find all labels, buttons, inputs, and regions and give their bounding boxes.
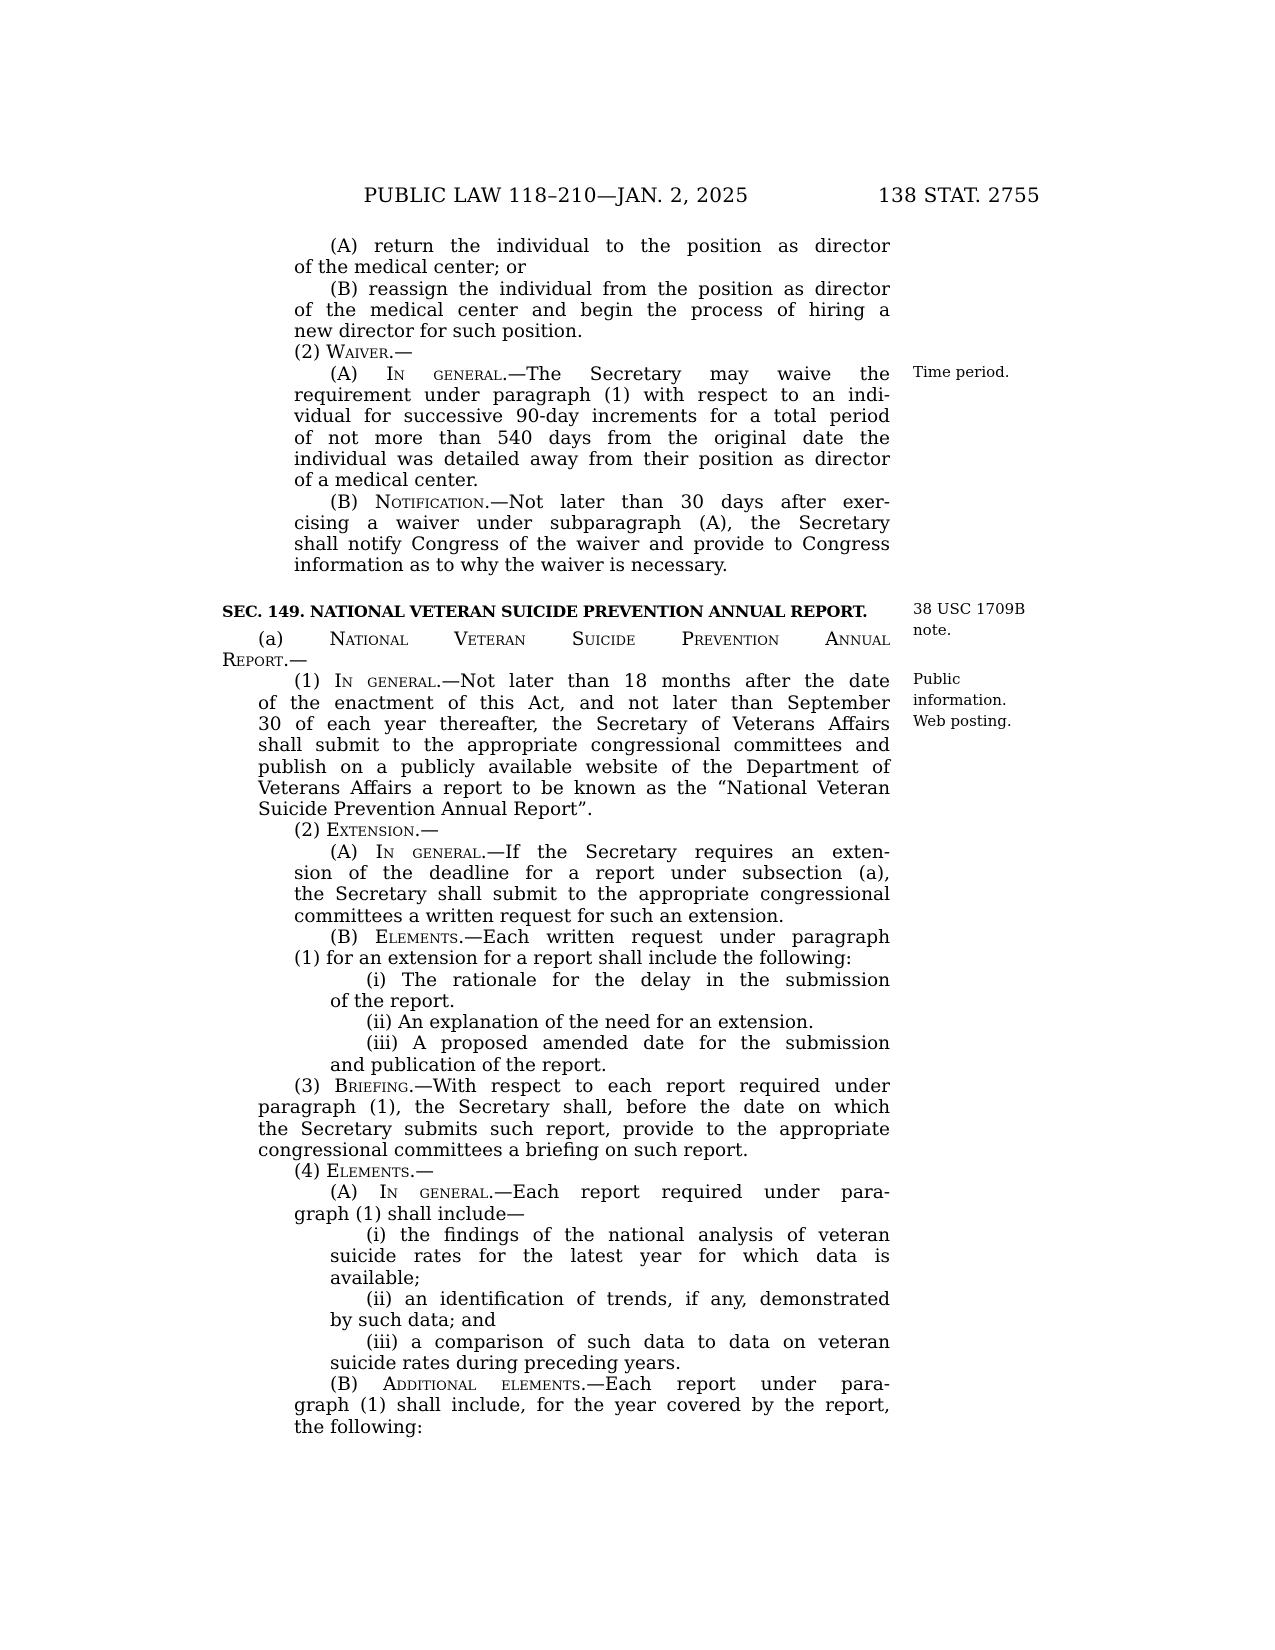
paragraph: (B) Elements.—Each written request under… [222, 927, 890, 970]
text-run: by such data; and [330, 1310, 496, 1331]
paragraph: (A) In general.—If the Secretary require… [222, 842, 890, 927]
text-run: .—Each report required under para- [488, 1182, 890, 1203]
text-line: requirement under paragraph (1) with res… [294, 385, 890, 406]
text-run: available; [330, 1268, 420, 1289]
text-run: (a) [258, 629, 329, 650]
text-run: SEC. 149. NATIONAL VETERAN SUICIDE PREVE… [222, 602, 867, 621]
text-line: Report.— [222, 650, 890, 671]
text-line: information as to why the waiver is nece… [294, 555, 890, 576]
small-caps-run: Notification [375, 492, 484, 513]
text-run: .—Each report under para- [580, 1374, 890, 1395]
text-run: (ii) an identification of trends, if any… [366, 1289, 890, 1310]
text-run: .—Not later than 30 days after exer- [484, 492, 890, 513]
text-line: (A) return the individual to the positio… [294, 236, 890, 257]
text-line: (1) In general.—Not later than 18 months… [258, 671, 890, 692]
text-run: requirement under paragraph (1) with res… [294, 385, 890, 406]
text-line: Veterans Affairs a report to be known as… [258, 778, 890, 799]
text-line: SEC. 149. NATIONAL VETERAN SUICIDE PREVE… [222, 601, 890, 623]
text-run: (B) reassign the individual from the pos… [330, 279, 890, 300]
text-line: (ii) An explanation of the need for an e… [330, 1012, 890, 1033]
text-run: .—If the Secretary requires an exten- [481, 842, 890, 863]
small-caps-run: Extension [326, 820, 414, 841]
text-line: (B) Elements.—Each written request under… [294, 927, 890, 948]
text-run: .— [283, 650, 307, 671]
small-caps-run: Elements [326, 1161, 409, 1182]
text-run: .—Each written request under paragraph [458, 927, 890, 948]
paragraph: (i) the findings of the national analysi… [222, 1225, 890, 1289]
paragraph: (ii) An explanation of the need for an e… [222, 1012, 890, 1033]
text-line: (2) Extension.— [258, 820, 890, 841]
text-run: graph (1) shall include, for the year co… [294, 1395, 890, 1416]
text-line: (2) Waiver.— [258, 342, 890, 363]
paragraph: (iii) A proposed amended date for the su… [222, 1033, 890, 1076]
text-run: (i) The rationale for the delay in the s… [366, 970, 890, 991]
text-run: Veterans Affairs a report to be known as… [258, 778, 890, 799]
text-run: paragraph (1), the Secretary shall, befo… [258, 1097, 890, 1118]
text-line: graph (1) shall include, for the year co… [294, 1395, 890, 1416]
text-run: (1) for an extension for a report shall … [294, 948, 852, 969]
text-run: and publication of the report. [330, 1055, 607, 1076]
text-run: .—Not later than 18 months after the dat… [436, 671, 890, 692]
text-line: (A) In general.—Each report required und… [294, 1182, 890, 1203]
text-run: 30 of each year thereafter, the Secretar… [258, 714, 890, 735]
text-run: of not more than 540 days from the origi… [294, 428, 890, 449]
paragraph: (B) reassign the individual from the pos… [222, 279, 890, 343]
text-line: shall notify Congress of the waiver and … [294, 534, 890, 555]
paragraph: (A) In general.—The Secretary may waive … [222, 364, 890, 492]
small-caps-run: In general [376, 842, 481, 863]
small-caps-run: Elements [375, 927, 458, 948]
text-line: the Secretary shall submit to the approp… [294, 884, 890, 905]
text-run: suicide rates for the latest year for wh… [330, 1246, 890, 1267]
text-line: sion of the deadline for a report under … [294, 863, 890, 884]
text-run: individual was detailed away from their … [294, 449, 890, 470]
text-run: (4) [294, 1161, 326, 1182]
text-run: (B) [330, 492, 375, 513]
text-line: (A) In general.—The Secretary may waive … [294, 364, 890, 385]
text-line: by such data; and [330, 1310, 890, 1331]
paragraph: (iii) a comparison of such data to data … [222, 1332, 890, 1375]
small-caps-run: In general [386, 364, 502, 385]
text-run: the following: [294, 1417, 423, 1438]
text-run: (A) return the individual to the positio… [330, 236, 890, 257]
text-line: of the medical center and begin the proc… [294, 300, 890, 321]
paragraph: (i) The rationale for the delay in the s… [222, 970, 890, 1013]
text-line: shall submit to the appropriate congress… [258, 735, 890, 756]
text-run: Suicide Prevention Annual Report”. [258, 799, 593, 820]
text-line: cising a waiver under subparagraph (A), … [294, 513, 890, 534]
small-caps-run: National Veteran Suicide Prevention Annu… [329, 629, 890, 650]
text-line: of the enactment of this Act, and not la… [258, 693, 890, 714]
text-line: (iii) a comparison of such data to data … [330, 1332, 890, 1353]
text-line: of not more than 540 days from the origi… [294, 428, 890, 449]
paragraph: (ii) an identification of trends, if any… [222, 1289, 890, 1332]
text-line: paragraph (1), the Secretary shall, befo… [258, 1097, 890, 1118]
paragraph: (4) Elements.— [222, 1161, 890, 1182]
text-run: suicide rates during preceding years. [330, 1353, 681, 1374]
text-run: publish on a publicly available website … [258, 757, 890, 778]
small-caps-run: Additional elements [383, 1374, 581, 1395]
text-line: of the report. [330, 991, 890, 1012]
text-line: of a medical center. [294, 470, 890, 491]
text-run: vidual for successive 90-day increments … [294, 406, 890, 427]
statute-page-number: 138 STAT. 2755 [878, 183, 1040, 207]
text-line: publish on a publicly available website … [258, 757, 890, 778]
text-run: (1) [294, 671, 334, 692]
text-run: of the medical center and begin the proc… [294, 300, 890, 321]
text-run: cising a waiver under subparagraph (A), … [294, 513, 890, 534]
text-run: of a medical center. [294, 470, 479, 491]
text-run: .— [409, 1161, 433, 1182]
text-run: (A) [330, 1182, 379, 1203]
text-line: (iii) A proposed amended date for the su… [330, 1033, 890, 1054]
paragraph: (B) Additional elements.—Each report und… [222, 1374, 890, 1438]
text-run: graph (1) shall include— [294, 1204, 525, 1225]
text-line: (i) the findings of the national analysi… [330, 1225, 890, 1246]
text-line: (i) The rationale for the delay in the s… [330, 970, 890, 991]
section-heading: SEC. 149. NATIONAL VETERAN SUICIDE PREVE… [222, 601, 890, 623]
text-run: (i) the findings of the national analysi… [366, 1225, 890, 1246]
text-run: .— [388, 342, 412, 363]
statute-page: PUBLIC LAW 118–210—JAN. 2, 2025 138 STAT… [0, 0, 1275, 1650]
text-run: .—With respect to each report required u… [408, 1076, 890, 1097]
text-run: information as to why the waiver is nece… [294, 555, 728, 576]
text-run: sion of the deadline for a report under … [294, 863, 890, 884]
text-line: vidual for successive 90-day increments … [294, 406, 890, 427]
text-run: (B) [330, 1374, 383, 1395]
text-line: (A) In general.—If the Secretary require… [294, 842, 890, 863]
running-head: PUBLIC LAW 118–210—JAN. 2, 2025 138 STAT… [222, 183, 1040, 209]
text-line: new director for such position. [294, 321, 890, 342]
text-line: and publication of the report. [330, 1055, 890, 1076]
paragraph: (2) Extension.— [222, 820, 890, 841]
text-run: (2) [294, 342, 326, 363]
paragraph: (a) National Veteran Suicide Prevention … [222, 629, 890, 672]
text-line: (1) for an extension for a report shall … [294, 948, 890, 969]
small-caps-run: In general [379, 1182, 488, 1203]
text-line: (ii) an identification of trends, if any… [330, 1289, 890, 1310]
text-run: (ii) An explanation of the need for an e… [366, 1012, 814, 1033]
paragraph: (2) Waiver.— [222, 342, 890, 363]
text-run: the Secretary shall submit to the approp… [294, 884, 890, 905]
text-run: congressional committees a briefing on s… [258, 1140, 748, 1161]
paragraph: (A) In general.—Each report required und… [222, 1182, 890, 1225]
text-line: graph (1) shall include— [294, 1204, 890, 1225]
text-line: suicide rates for the latest year for wh… [330, 1246, 890, 1267]
public-law-citation: PUBLIC LAW 118–210—JAN. 2, 2025 [222, 183, 890, 207]
text-run: (iii) A proposed amended date for the su… [366, 1033, 890, 1054]
text-run: (B) [330, 927, 375, 948]
text-line: (4) Elements.— [258, 1161, 890, 1182]
text-run: .—The Secretary may waive the [502, 364, 890, 385]
text-run: (3) [294, 1076, 334, 1097]
text-line: individual was detailed away from their … [294, 449, 890, 470]
text-line: 30 of each year thereafter, the Secretar… [258, 714, 890, 735]
paragraph: (3) Briefing.—With respect to each repor… [222, 1076, 890, 1161]
text-run: new director for such position. [294, 321, 583, 342]
paragraph: (1) In general.—Not later than 18 months… [222, 671, 890, 820]
small-caps-run: Briefing [334, 1076, 408, 1097]
margin-note-public-information: Public information. Web posting. [913, 669, 1043, 732]
body-text: (A) return the individual to the positio… [222, 236, 890, 1438]
margin-note-time-period: Time period. [913, 362, 1043, 383]
paragraph: (A) return the individual to the positio… [222, 236, 890, 279]
text-run: (2) [294, 820, 326, 841]
text-run: (iii) a comparison of such data to data … [366, 1332, 890, 1353]
margin-note-usc-citation: 38 USC 1709B note. [913, 599, 1043, 641]
text-line: available; [330, 1268, 890, 1289]
text-run: the Secretary submits such report, provi… [258, 1119, 890, 1140]
text-line: (a) National Veteran Suicide Prevention … [222, 629, 890, 650]
text-run: (A) [330, 842, 376, 863]
text-run: of the report. [330, 991, 455, 1012]
paragraph: (B) Notification.—Not later than 30 days… [222, 492, 890, 577]
text-line: suicide rates during preceding years. [330, 1353, 890, 1374]
text-line: (3) Briefing.—With respect to each repor… [258, 1076, 890, 1097]
text-line: (B) reassign the individual from the pos… [294, 279, 890, 300]
text-run: shall submit to the appropriate congress… [258, 735, 890, 756]
text-line: congressional committees a briefing on s… [258, 1140, 890, 1161]
small-caps-run: In general [334, 671, 435, 692]
text-run: .— [414, 820, 438, 841]
text-run: committees a written request for such an… [294, 906, 784, 927]
text-line: (B) Notification.—Not later than 30 days… [294, 492, 890, 513]
text-run: (A) [330, 364, 386, 385]
text-line: the following: [294, 1417, 890, 1438]
text-line: Suicide Prevention Annual Report”. [258, 799, 890, 820]
text-line: (B) Additional elements.—Each report und… [294, 1374, 890, 1395]
text-run: shall notify Congress of the waiver and … [294, 534, 890, 555]
text-line: the Secretary submits such report, provi… [258, 1119, 890, 1140]
text-run: of the medical center; or [294, 257, 526, 278]
small-caps-run: Report [222, 650, 283, 671]
text-line: of the medical center; or [294, 257, 890, 278]
text-run: of the enactment of this Act, and not la… [258, 693, 890, 714]
small-caps-run: Waiver [326, 342, 388, 363]
text-line: committees a written request for such an… [294, 906, 890, 927]
